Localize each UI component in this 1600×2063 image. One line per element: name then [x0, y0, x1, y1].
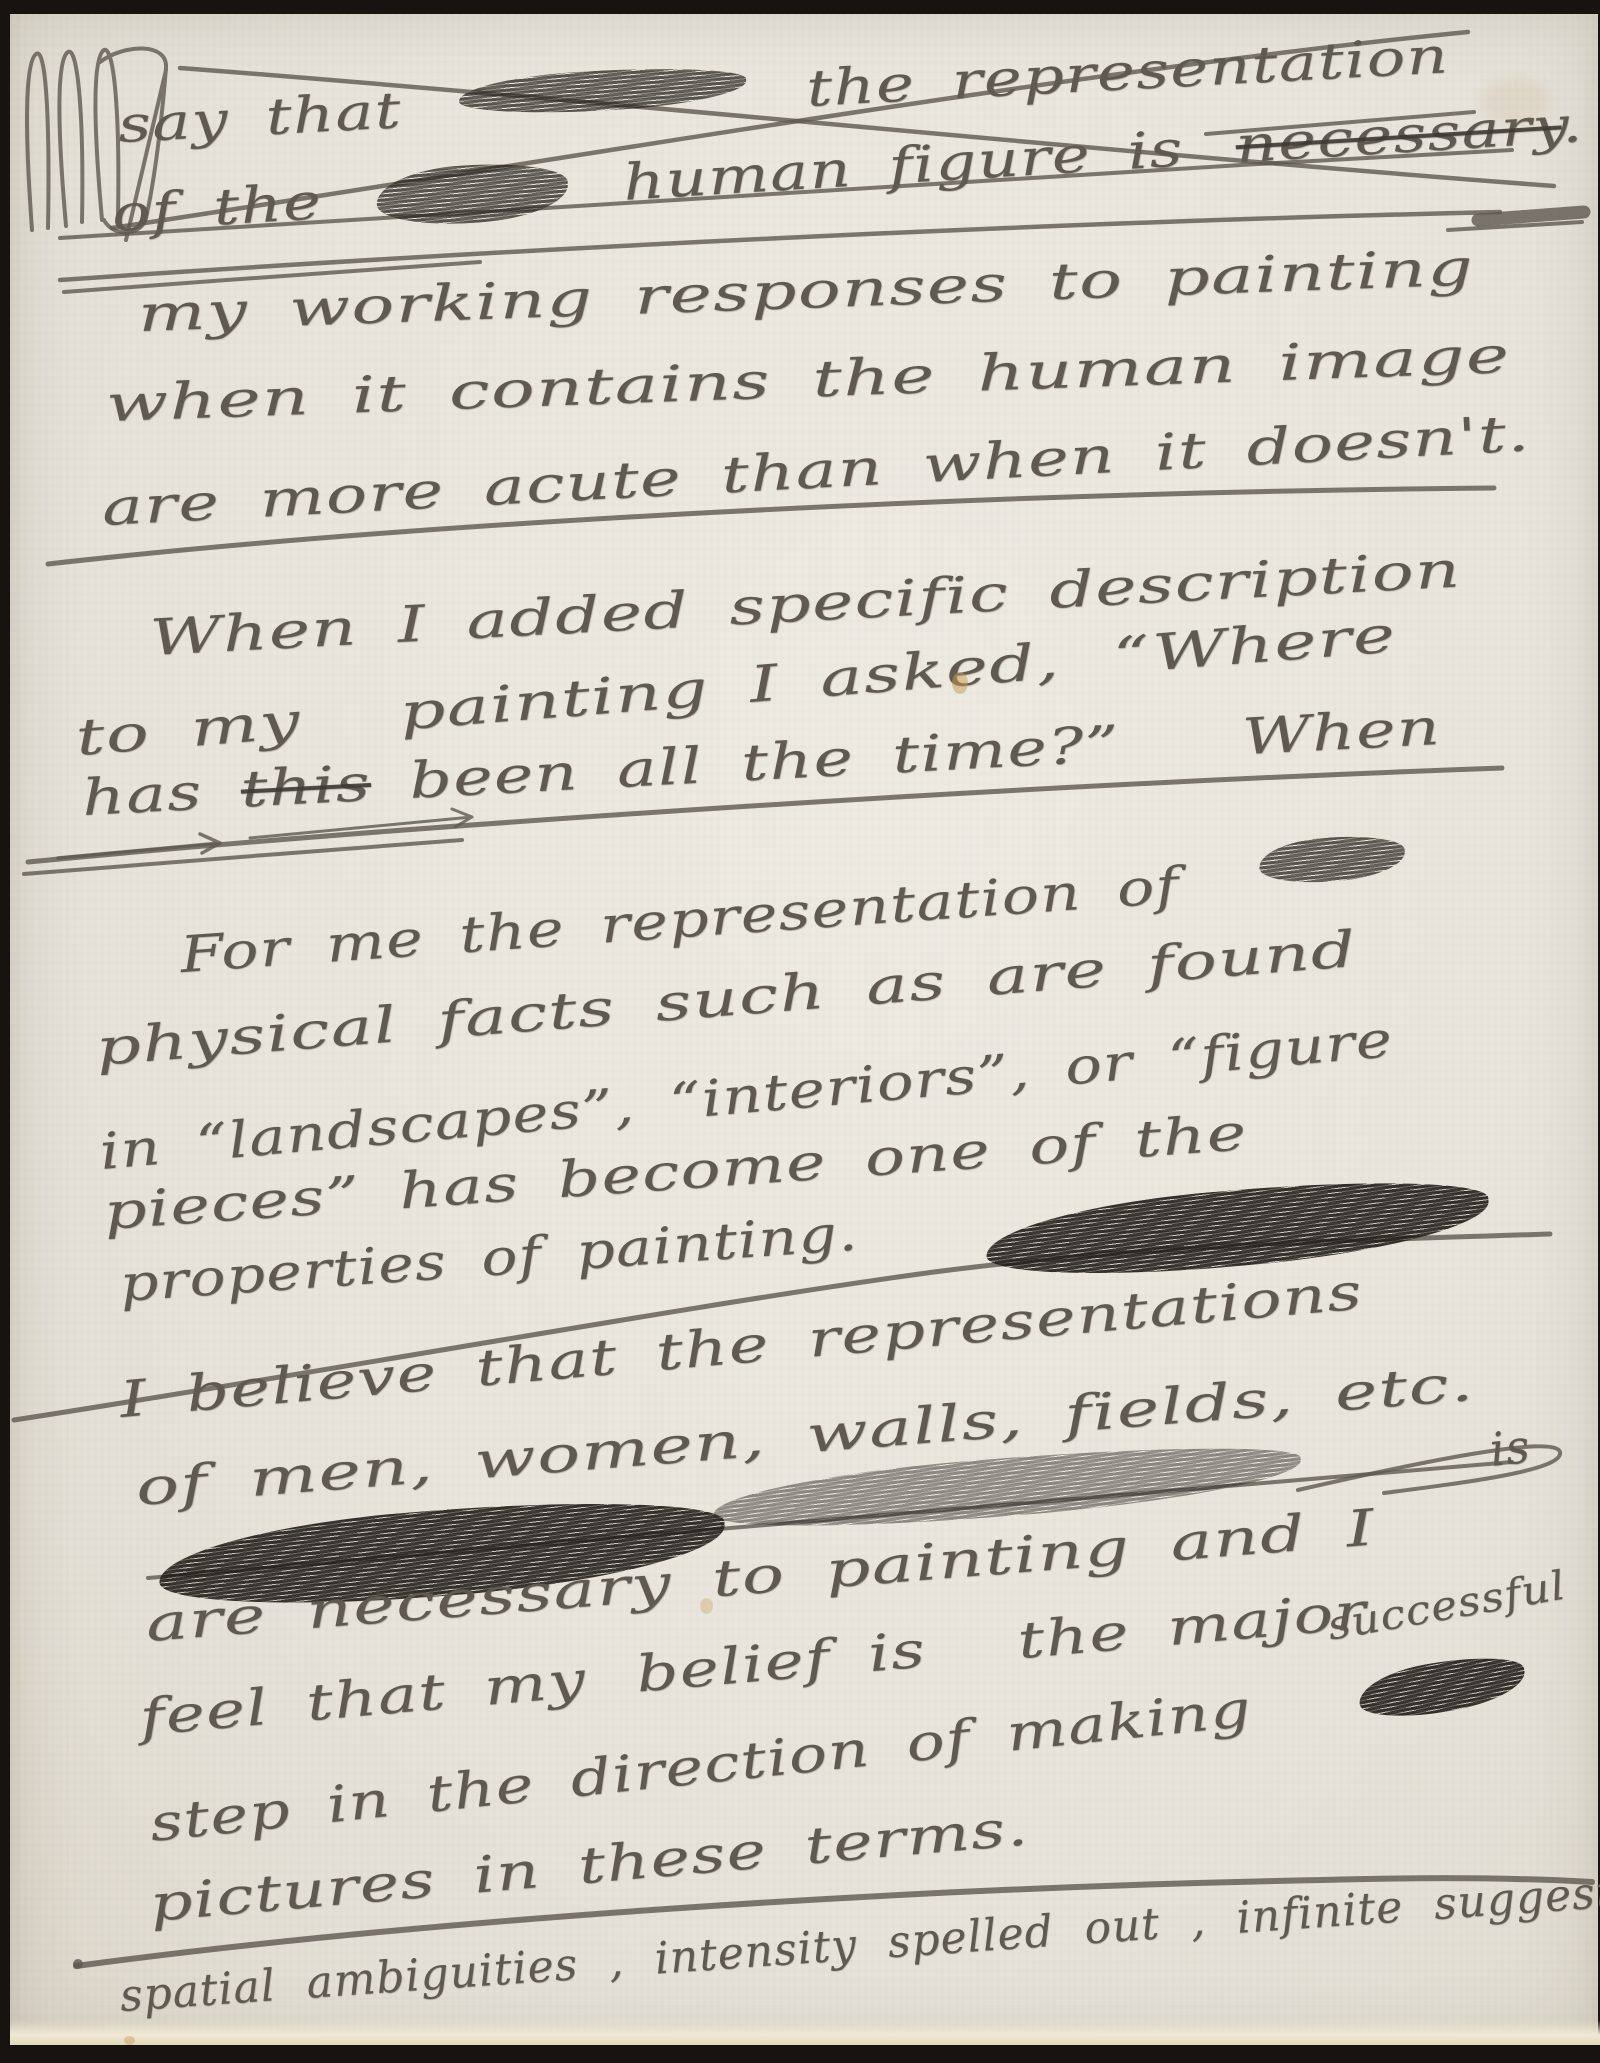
scribbled-out-word [1257, 832, 1406, 886]
hand-gap [1061, 673, 1115, 677]
paper-stain [124, 2036, 135, 2045]
struck-word-this: this [239, 754, 372, 819]
line-text: of the [110, 172, 324, 243]
arrow-mark-1 [58, 834, 220, 858]
paper-stain [700, 1598, 713, 1614]
hand-gap [302, 729, 401, 737]
line-text: has [80, 763, 203, 827]
line-text: When [1241, 698, 1442, 766]
scribbled-out-word [375, 159, 570, 229]
paper-stain [952, 672, 968, 694]
hand-gap [927, 1658, 1019, 1666]
divider-5-end-dot [73, 1959, 83, 1969]
hand-gap [588, 1692, 638, 1696]
line-text: . [1560, 95, 1585, 154]
manuscript-content: say that the representation of the human… [0, 0, 1600, 2063]
remnant-word-is: is [1487, 1420, 1533, 1477]
paper-stain [1480, 78, 1550, 124]
hand-gap [1121, 754, 1243, 760]
